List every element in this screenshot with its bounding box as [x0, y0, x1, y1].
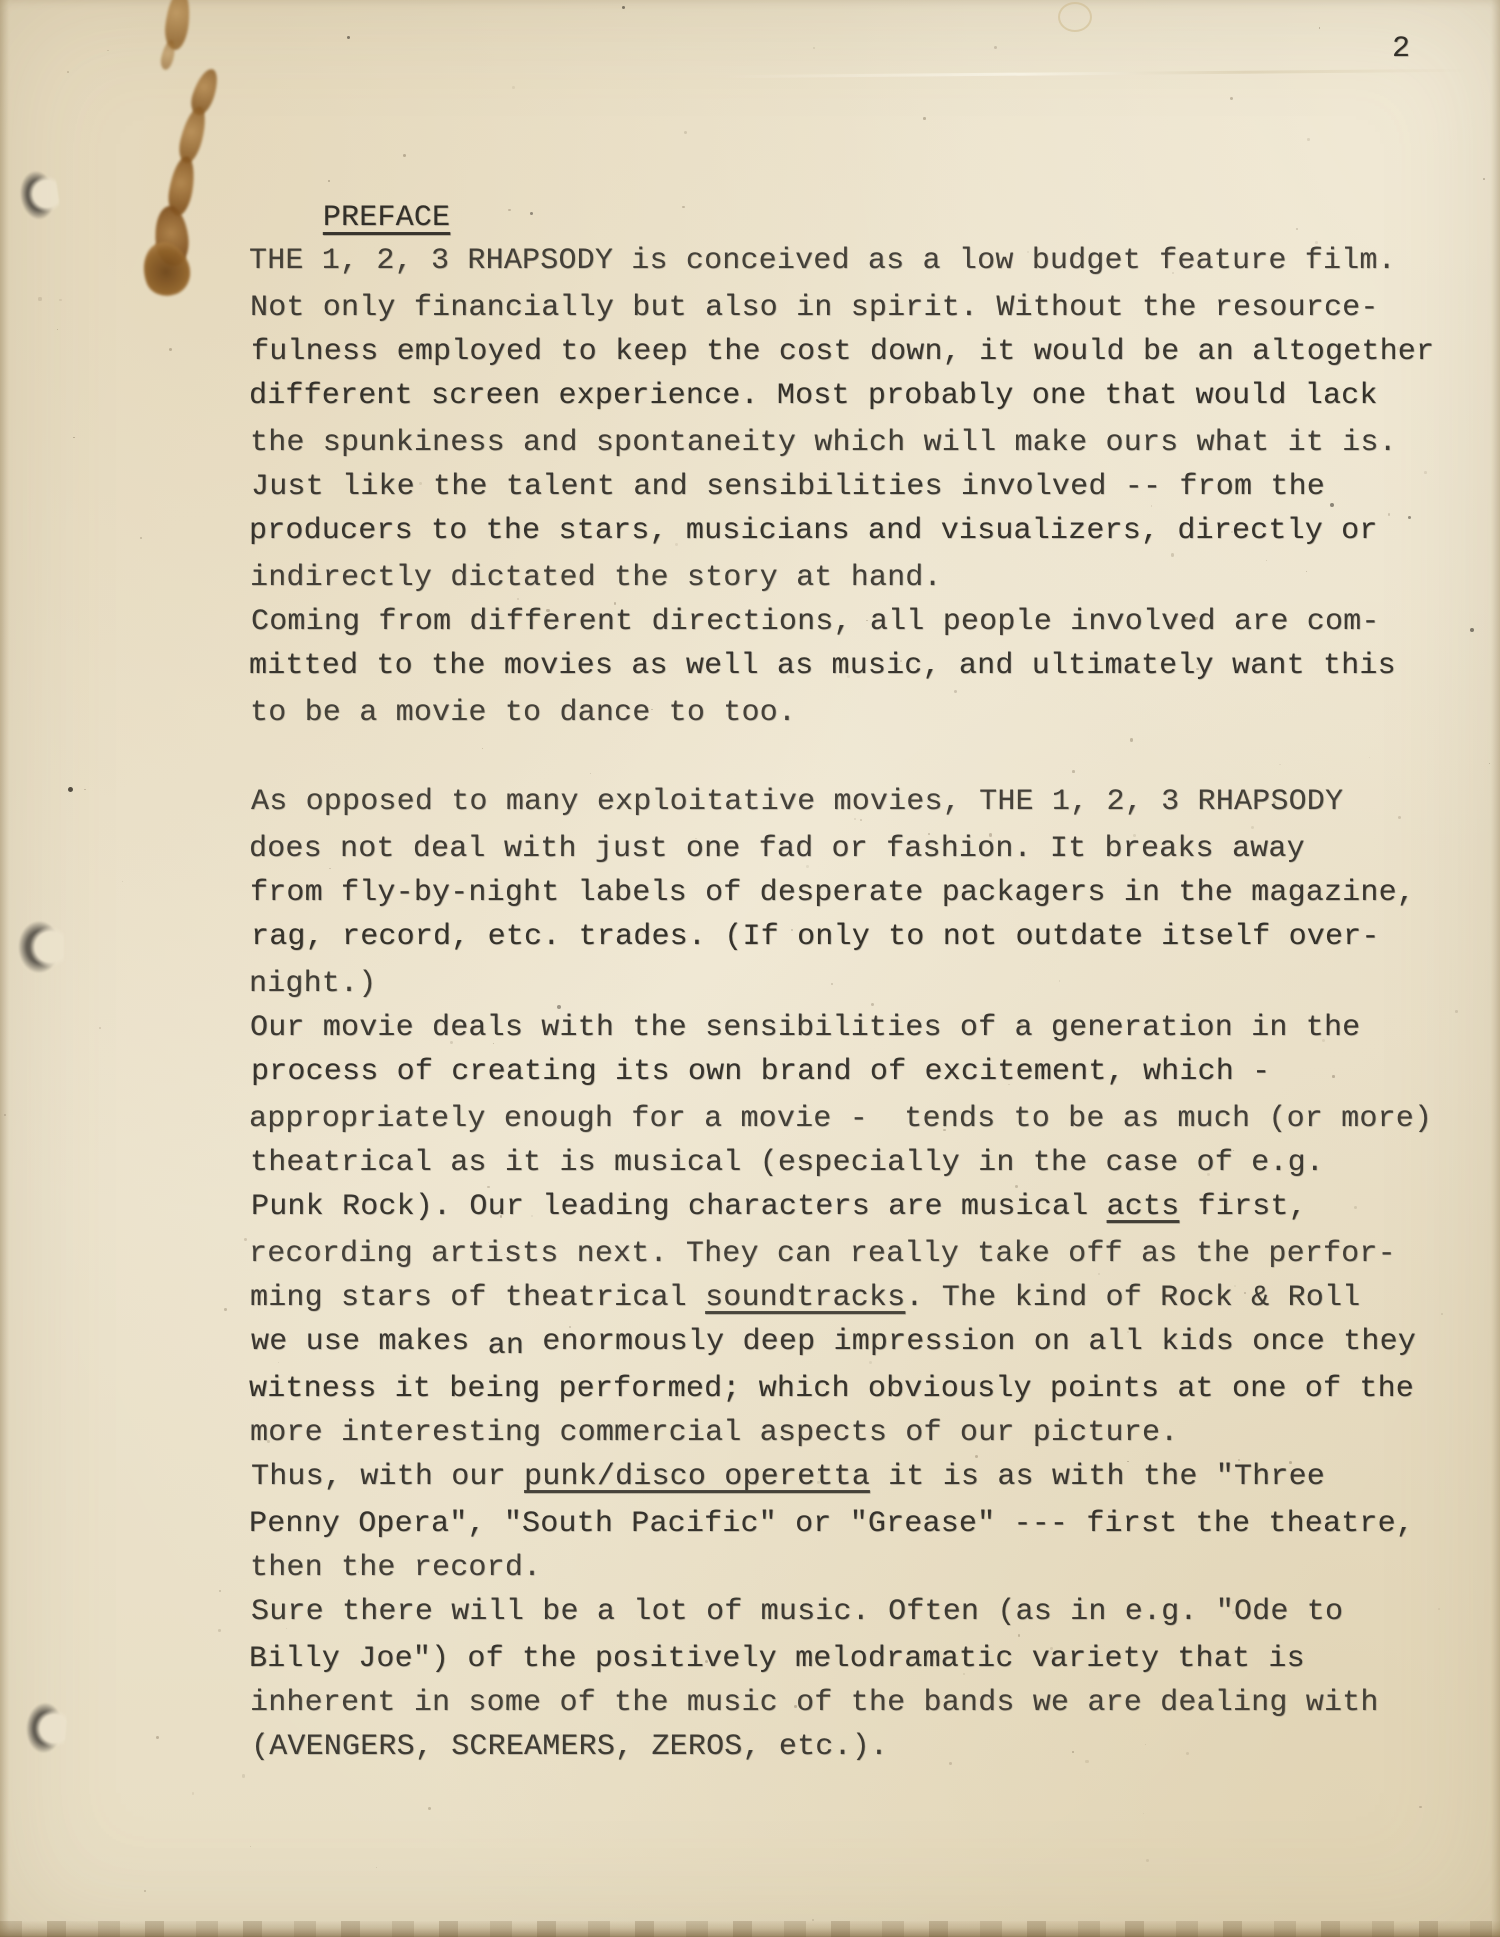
- text-line: more interesting commercial aspects of o…: [250, 1416, 1178, 1450]
- text-line: we use makes an enormously deep impressi…: [251, 1325, 1416, 1359]
- paper-speck: [1398, 816, 1401, 819]
- paper-speck: [218, 1629, 221, 1632]
- paper-speck: [482, 748, 483, 749]
- text-line: does not deal with just one fad or fashi…: [249, 832, 1305, 866]
- paper-speck: [67, 71, 69, 73]
- paper-speck: [869, 1361, 872, 1364]
- paper-speck: [831, 983, 833, 985]
- text-line: from fly-by-night labels of desperate pa…: [250, 876, 1415, 910]
- stain-blob: [175, 104, 209, 165]
- text-line: rag, record, etc. trades. (If only to no…: [251, 920, 1380, 954]
- paper-speck: [140, 537, 142, 539]
- paper-speck: [38, 297, 41, 300]
- paper-speck: [860, 819, 862, 821]
- text-line: Penny Opera", "South Pacific" or "Grease…: [249, 1507, 1414, 1541]
- paper-speck: [1388, 513, 1391, 516]
- paper-watermark: [1058, 2, 1092, 32]
- paper-speck: [1059, 980, 1060, 981]
- paper-speck: [428, 1807, 431, 1810]
- paper-speck: [1018, 1634, 1021, 1637]
- paper-speck: [1230, 97, 1233, 100]
- preface-heading-text: PREFACE: [323, 201, 452, 235]
- paper-speck: [1438, 1608, 1441, 1611]
- paper-speck: [530, 212, 533, 215]
- paper-speck: [487, 1186, 490, 1189]
- paper-speck: [1441, 1313, 1443, 1315]
- paper-speck: [1483, 178, 1485, 180]
- paper-speck: [403, 154, 406, 157]
- paper-speck: [1266, 560, 1267, 561]
- stain-blob: [151, 204, 191, 268]
- paper-speck: [1151, 505, 1152, 506]
- text-line: inherent in some of the music of the ban…: [250, 1686, 1379, 1720]
- paper-speck: [684, 131, 687, 134]
- paper-crease: [720, 69, 1470, 79]
- paper-speck: [1455, 1010, 1458, 1013]
- text-line: Sure there will be a lot of music. Often…: [251, 1595, 1343, 1629]
- text-line: Billy Joe") of the positively melodramat…: [249, 1642, 1305, 1676]
- paper-speck: [517, 598, 519, 600]
- paper-speck: [1296, 228, 1298, 230]
- text-line: night.): [249, 967, 376, 1001]
- text-line: theatrical as it is musical (especially …: [250, 1146, 1324, 1180]
- paper-speck: [557, 1005, 561, 1009]
- text-line: fulness employed to keep the cost down, …: [251, 335, 1434, 369]
- paper-speck: [590, 773, 591, 774]
- offset-text: an: [488, 1329, 524, 1363]
- paper-speck: [1306, 571, 1307, 572]
- paper-speck: [99, 1027, 101, 1029]
- paper-speck: [1307, 138, 1310, 141]
- paper-speck: [1470, 628, 1474, 632]
- paper-speck: [169, 348, 172, 351]
- paper-speck: [329, 868, 331, 870]
- paper-speck: [376, 1867, 378, 1869]
- paper-speck: [1085, 1760, 1088, 1763]
- paper-speck: [1408, 516, 1411, 519]
- text-line: THE 1, 2, 3 RHAPSODY is conceived as a l…: [249, 244, 1396, 278]
- paper-speck: [812, 1919, 814, 1921]
- paper-speck: [1489, 763, 1490, 764]
- paper-speck: [1332, 1075, 1334, 1077]
- text-line: (AVENGERS, SCREAMERS, ZEROS, etc.).: [251, 1730, 888, 1764]
- paper-speck: [250, 1846, 252, 1848]
- text-line: mitted to the movies as well as music, a…: [249, 649, 1396, 683]
- smudge-mark: [16, 164, 62, 227]
- paper-speck: [84, 789, 86, 791]
- page-right-edge: [1491, 0, 1500, 1937]
- paper-speck: [813, 47, 815, 49]
- stain-blob: [135, 236, 197, 302]
- paper-speck: [1015, 1185, 1018, 1188]
- page-number: 2: [1392, 32, 1410, 66]
- text-line: Coming from different directions, all pe…: [251, 605, 1380, 639]
- paper-speck: [1354, 1206, 1357, 1209]
- paper-speck: [949, 1762, 952, 1765]
- paper-speck: [1130, 738, 1133, 741]
- paper-speck: [59, 299, 62, 302]
- paper-speck: [219, 1590, 221, 1592]
- paper-speck: [224, 1308, 227, 1311]
- text-line: different screen experience. Most probab…: [249, 379, 1378, 413]
- stain-blob: [187, 66, 222, 118]
- underlined-text: punk/disco operetta: [524, 1460, 870, 1494]
- paper-speck: [1146, 1859, 1149, 1862]
- paper-speck: [871, 1003, 874, 1006]
- paper-speck: [1369, 757, 1370, 758]
- paper-speck: [1143, 1813, 1144, 1814]
- paper-speck: [508, 209, 510, 211]
- paper-speck: [244, 1238, 247, 1241]
- paper-speck: [68, 787, 73, 792]
- text-line: then the record.: [250, 1551, 541, 1585]
- paper-speck: [622, 6, 625, 9]
- paper-speck: [975, 1455, 978, 1458]
- paper-speck: [242, 1774, 245, 1777]
- page-bottom-edge: [0, 1921, 1500, 1937]
- text-line: witness it being performed; which obviou…: [249, 1372, 1414, 1406]
- text-line: Punk Rock). Our leading characters are m…: [251, 1190, 1307, 1224]
- paper-speck: [347, 36, 350, 39]
- text-line: Just like the talent and sensibilities i…: [251, 470, 1325, 504]
- text-line: Not only financially but also in spirit.…: [250, 291, 1379, 325]
- document-page: 2 PREFACE THE 1, 2, 3 RHAPSODY is concei…: [0, 0, 1500, 1937]
- paper-speck: [994, 46, 997, 49]
- paper-speck: [156, 1736, 159, 1739]
- paper-speck: [1171, 553, 1174, 556]
- paper-speck: [1279, 764, 1281, 766]
- underlined-text: soundtracks: [705, 1281, 905, 1315]
- paper-speck: [1251, 826, 1254, 829]
- paper-speck: [1072, 770, 1075, 773]
- paper-speck: [144, 1890, 146, 1892]
- text-line: to be a movie to dance to too.: [250, 696, 796, 730]
- page-left-edge: [0, 0, 9, 1937]
- paper-speck: [1186, 1752, 1189, 1755]
- paper-speck: [512, 86, 515, 89]
- paper-speck: [1098, 1273, 1100, 1275]
- text-line: ming stars of theatrical soundtracks. Th…: [250, 1281, 1360, 1315]
- paper-speck: [122, 881, 123, 882]
- paper-speck: [73, 437, 75, 439]
- smudge-mark: [24, 1697, 68, 1760]
- underlined-text: acts: [1107, 1190, 1180, 1224]
- paper-speck: [954, 690, 957, 693]
- text-line: Thus, with our punk/disco operetta it is…: [251, 1460, 1325, 1494]
- stain-blob: [165, 155, 197, 218]
- stain-blob: [163, 0, 192, 51]
- text-line: recording artists next. They can really …: [249, 1237, 1396, 1271]
- paper-speck: [1072, 1751, 1074, 1753]
- paper-speck: [1419, 1806, 1421, 1808]
- text-line: Our movie deals with the sensibilities o…: [250, 1011, 1360, 1045]
- paper-speck: [1145, 1744, 1146, 1745]
- paper-speck: [1319, 27, 1321, 29]
- paper-speck: [682, 206, 685, 209]
- paper-speck: [1330, 503, 1334, 507]
- paper-speck: [57, 329, 58, 330]
- paper-speck: [923, 117, 926, 120]
- paper-speck: [1424, 471, 1427, 474]
- paper-speck: [278, 1362, 279, 1363]
- text-line: process of creating its own brand of exc…: [251, 1055, 1270, 1089]
- text-line: the spunkiness and spontaneity which wil…: [250, 426, 1397, 460]
- text-line: As opposed to many exploitative movies, …: [251, 785, 1343, 819]
- paper-speck: [4, 1114, 6, 1116]
- paper-speck: [192, 1792, 195, 1795]
- coffee-drip-stain: [130, 0, 250, 310]
- text-line: indirectly dictated the story at hand.: [250, 561, 942, 595]
- text-line: producers to the stars, musicians and vi…: [249, 514, 1378, 548]
- text-line: appropriately enough for a movie - tends…: [249, 1102, 1432, 1136]
- stain-blob: [159, 39, 177, 71]
- smudge-mark: [18, 916, 64, 978]
- paper-speck: [107, 50, 108, 51]
